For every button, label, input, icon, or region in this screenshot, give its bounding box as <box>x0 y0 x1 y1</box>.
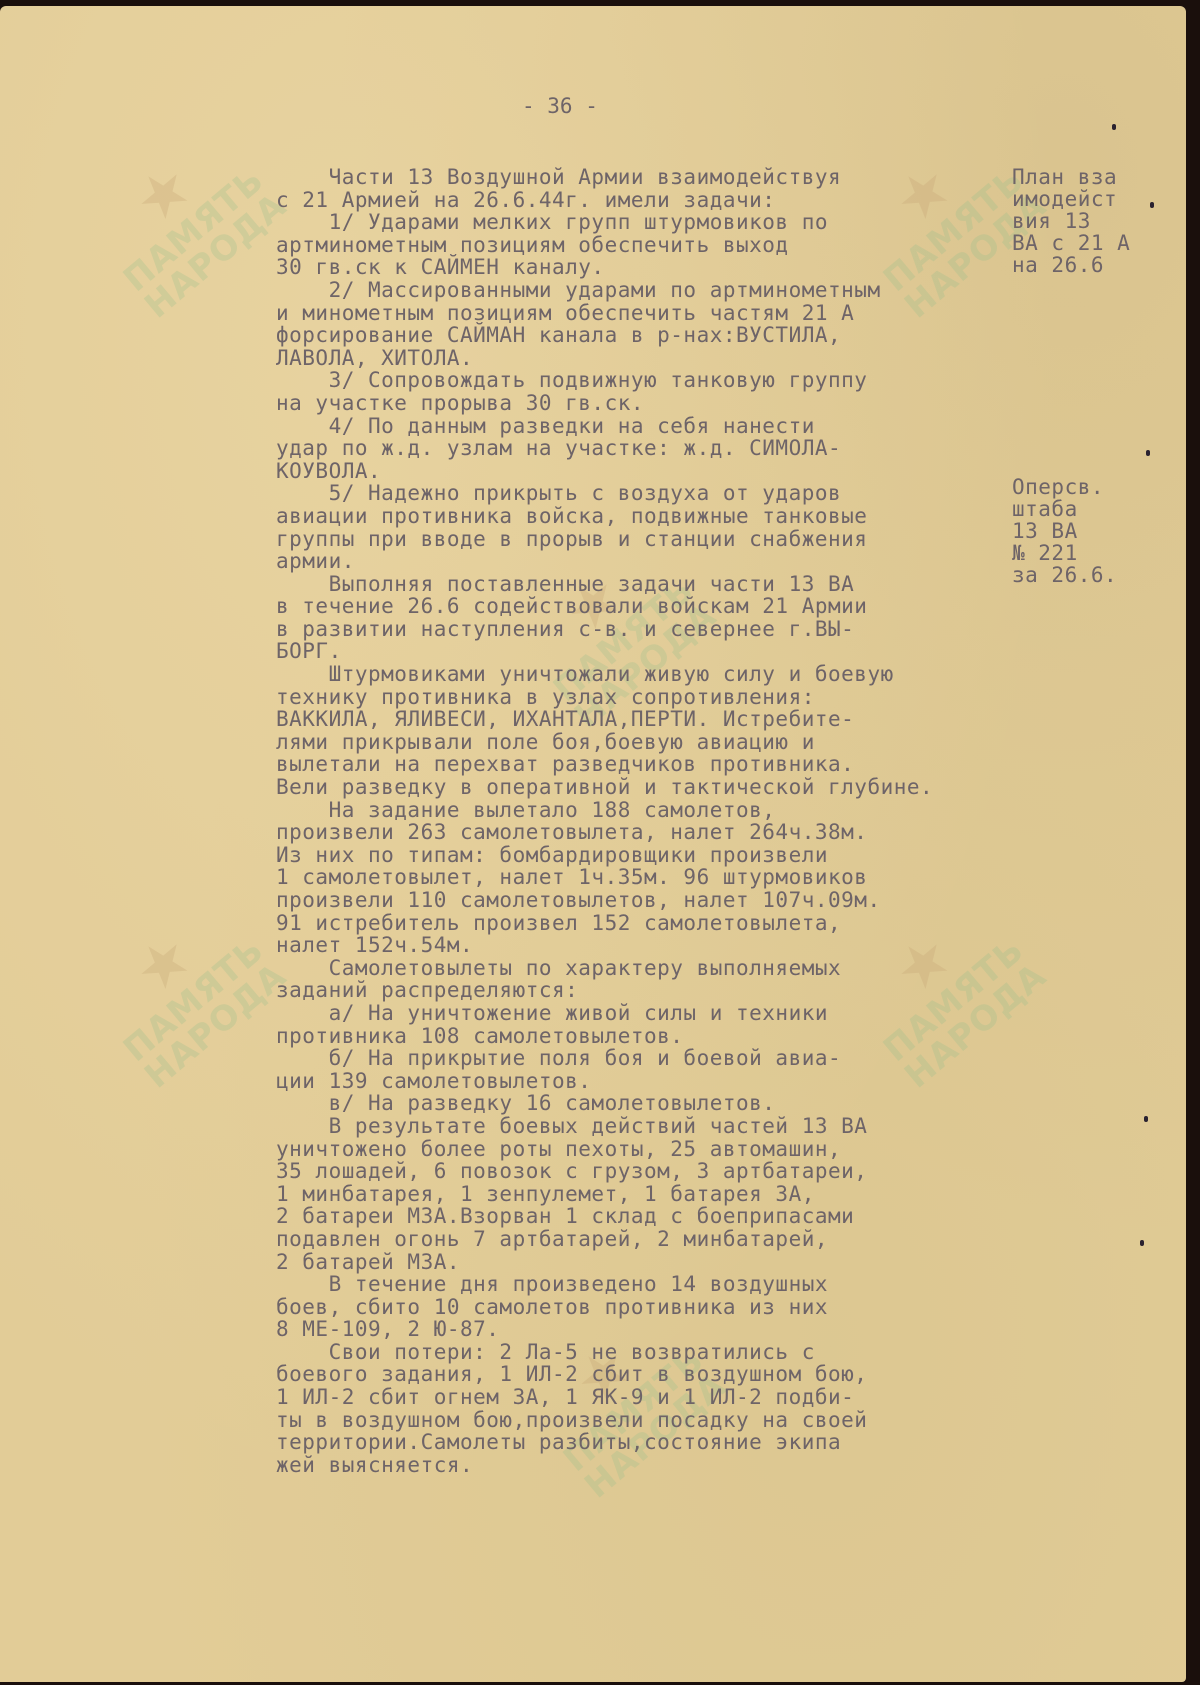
text-line: в/ На разведку 16 самолетовылетов. <box>276 1092 933 1115</box>
text-line: Самолетовылеты по характеру выполняемых <box>276 957 933 980</box>
margin-note-line: Оперсв. <box>1012 476 1117 498</box>
ink-speck <box>1146 450 1150 456</box>
margin-note-line: за 26.6. <box>1012 564 1117 586</box>
text-line: технику противника в узлах сопротивления… <box>276 686 933 709</box>
text-line: и минометным позициям обеспечить частям … <box>276 302 933 325</box>
text-line: подавлен огонь 7 артбатарей, 2 минбатаре… <box>276 1228 933 1251</box>
text-line: В течение дня произведено 14 воздушных <box>276 1273 933 1296</box>
text-line: удар по ж.д. узлам на участке: ж.д. СИМО… <box>276 437 933 460</box>
text-line: ВАККИЛА, ЯЛИВЕСИ, ИХАНТАЛА,ПЕРТИ. Истреб… <box>276 708 933 731</box>
text-line: 1 самолетовылет, налет 1ч.35м. 96 штурмо… <box>276 866 933 889</box>
text-line: 1 минбатарея, 1 зенпулемет, 1 батарея ЗА… <box>276 1183 933 1206</box>
ink-speck <box>1150 202 1154 208</box>
text-line: Вели разведку в оперативной и тактическо… <box>276 776 933 799</box>
margin-note-line: на 26.6 <box>1012 254 1130 276</box>
text-line: произвели 110 самолетовылетов, налет 107… <box>276 889 933 912</box>
text-line: авиации противника войска, подвижные тан… <box>276 505 933 528</box>
text-line: артминометным позициям обеспечить выход <box>276 234 933 257</box>
text-line: боевого задания, 1 ИЛ-2 сбит в воздушном… <box>276 1363 933 1386</box>
text-line: а/ На уничтожение живой силы и техники <box>276 1002 933 1025</box>
text-line: БОРГ. <box>276 640 933 663</box>
watermark: ★ ПАМЯТЬ НАРОДА <box>79 116 292 324</box>
text-line: 30 гв.ск к САЙМЕН каналу. <box>276 256 933 279</box>
margin-note-plan: План взаимодействия 13ВА с 21 Ана 26.6 <box>1012 166 1130 276</box>
text-line: 4/ По данным разведки на себя нанести <box>276 415 933 438</box>
text-line: вылетали на перехват разведчиков противн… <box>276 753 933 776</box>
text-line: ты в воздушном бою,произвели посадку на … <box>276 1409 933 1432</box>
text-line: 2/ Массированными ударами по артминометн… <box>276 279 933 302</box>
text-line: Части 13 Воздушной Армии взаимодействуя <box>276 166 933 189</box>
text-line: 1/ Ударами мелких групп штурмовиков по <box>276 211 933 234</box>
text-line: жей выясняется. <box>276 1454 933 1477</box>
margin-note-line: имодейст <box>1012 188 1130 210</box>
text-line: форсирование САЙМАН канала в р-нах:ВУСТИ… <box>276 324 933 347</box>
text-line: произвели 263 самолетовылета, налет 264ч… <box>276 821 933 844</box>
margin-note-line: № 221 <box>1012 542 1117 564</box>
margin-note-line: штаба <box>1012 498 1117 520</box>
text-line: боев, сбито 10 самолетов противника из н… <box>276 1296 933 1319</box>
ink-speck <box>1144 1116 1148 1122</box>
text-line: 91 истребитель произвел 152 самолетовыле… <box>276 912 933 935</box>
text-line: Штурмовиками уничтожали живую силу и бое… <box>276 663 933 686</box>
text-line: противника 108 самолетовылетов. <box>276 1025 933 1048</box>
margin-note-source: Оперсв.штаба13 ВА№ 221за 26.6. <box>1012 476 1117 586</box>
margin-note-line: вия 13 <box>1012 210 1130 232</box>
document-page: ★ ПАМЯТЬ НАРОДА ★ ПАМЯТЬ НАРОДА ★ ПАМЯТЬ… <box>0 6 1186 1682</box>
star-icon: ★ <box>79 116 249 272</box>
document-body: Части 13 Воздушной Армии взаимодействуяс… <box>276 166 933 1476</box>
text-line: ции 139 самолетовылетов. <box>276 1070 933 1093</box>
text-line: заданий распределяются: <box>276 979 933 1002</box>
text-line: КОУВОЛА. <box>276 460 933 483</box>
watermark: ★ ПАМЯТЬ НАРОДА <box>79 886 292 1094</box>
text-line: ЛАВОЛА, ХИТОЛА. <box>276 347 933 370</box>
margin-note-line: План вза <box>1012 166 1130 188</box>
text-line: 5/ Надежно прикрыть с воздуха от ударов <box>276 482 933 505</box>
text-line: 8 МЕ-109, 2 Ю-87. <box>276 1318 933 1341</box>
text-line: армии. <box>276 550 933 573</box>
margin-note-line: ВА с 21 А <box>1012 232 1130 254</box>
text-line: 35 лошадей, 6 повозок с грузом, 3 артбат… <box>276 1160 933 1183</box>
star-icon: ★ <box>79 886 249 1042</box>
text-line: 2 батарей МЗА. <box>276 1251 933 1274</box>
text-line: В результате боевых действий частей 13 В… <box>276 1115 933 1138</box>
text-line: Выполняя поставленные задачи части 13 ВА <box>276 573 933 596</box>
page-number: - 36 - <box>522 94 598 118</box>
text-line: Из них по типам: бомбардировщики произве… <box>276 844 933 867</box>
text-line: уничтожено более роты пехоты, 25 автомаш… <box>276 1138 933 1161</box>
text-line: лями прикрывали поле боя,боевую авиацию … <box>276 731 933 754</box>
text-line: 2 батареи МЗА.Взорван 1 склад с боеприпа… <box>276 1205 933 1228</box>
text-line: б/ На прикрытие поля боя и боевой авиа- <box>276 1047 933 1070</box>
text-line: налет 152ч.54м. <box>276 934 933 957</box>
text-line: группы при вводе в прорыв и станции снаб… <box>276 528 933 551</box>
ink-speck <box>1112 124 1116 130</box>
text-line: на участке прорыва 30 гв.ск. <box>276 392 933 415</box>
text-line: 3/ Сопровождать подвижную танковую групп… <box>276 369 933 392</box>
text-line: с 21 Армией на 26.6.44г. имели задачи: <box>276 189 933 212</box>
text-line: Свои потери: 2 Ла-5 не возвратились с <box>276 1341 933 1364</box>
ink-speck <box>1140 1240 1144 1246</box>
text-line: На задание вылетало 188 самолетов, <box>276 799 933 822</box>
text-line: территории.Самолеты разбиты,состояние эк… <box>276 1431 933 1454</box>
text-line: 1 ИЛ-2 сбит огнем ЗА, 1 ЯК-9 и 1 ИЛ-2 по… <box>276 1386 933 1409</box>
text-line: в развитии наступления с-в. и севернее г… <box>276 618 933 641</box>
margin-note-line: 13 ВА <box>1012 520 1117 542</box>
text-line: в течение 26.6 содействовали войскам 21 … <box>276 595 933 618</box>
